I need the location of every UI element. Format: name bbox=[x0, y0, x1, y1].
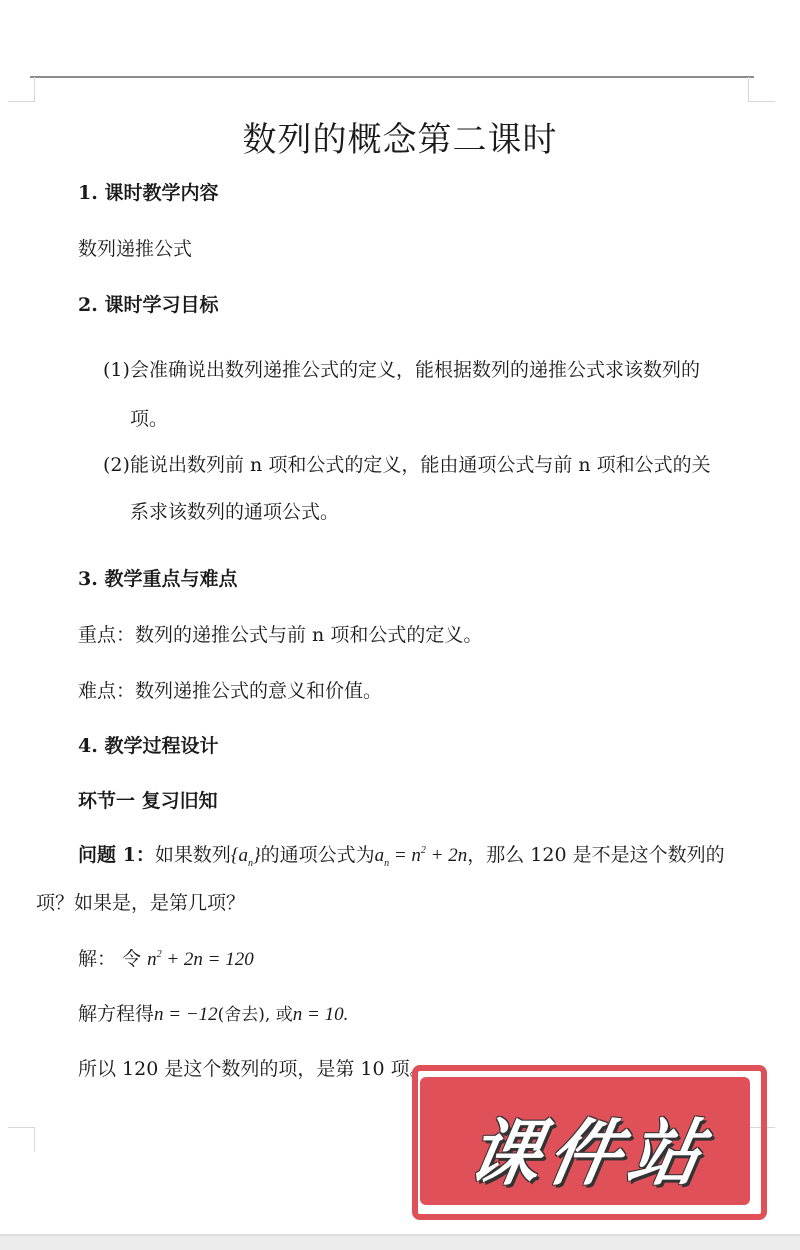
key-point: 重点：数列的递推公式与前 n 项和公式的定义。 bbox=[78, 620, 482, 647]
objective-item-2-continuation: 系求该数列的通项公式。 bbox=[130, 497, 339, 524]
objective-number: (2) bbox=[103, 454, 130, 476]
section-heading-4: 4. 教学过程设计 bbox=[78, 731, 218, 758]
watermark-stamp: 课件站 bbox=[412, 1065, 767, 1220]
sequence-notation: {an} bbox=[231, 845, 261, 866]
objective-number: (1) bbox=[103, 359, 130, 381]
objective-text: 能说出数列前 n 项和公式的定义，能由通项公式与前 n 项和公式的关 bbox=[130, 454, 711, 476]
section-heading-2: 2. 课时学习目标 bbox=[78, 290, 218, 317]
objective-text: 会准确说出数列递推公式的定义，能根据数列的递推公式求该数列的 bbox=[130, 359, 700, 381]
general-term-formula: an = n2 + 2n bbox=[375, 845, 468, 866]
objective-item-1: (1)会准确说出数列递推公式的定义，能根据数列的递推公式求该数列的 bbox=[103, 355, 700, 382]
section-body-1: 数列递推公式 bbox=[78, 234, 192, 261]
page-bottom-bar bbox=[0, 1234, 800, 1250]
problem-text: 的通项公式为 bbox=[261, 844, 375, 866]
section-heading-1: 1. 课时教学内容 bbox=[78, 178, 218, 205]
header-rule bbox=[30, 76, 754, 78]
problem-label: 问题 1： bbox=[78, 844, 155, 866]
crop-mark-bottom-left bbox=[8, 1127, 35, 1152]
solution-line-1: 解： 令 n2 + 2n = 120 bbox=[78, 944, 254, 971]
document-title: 数列的概念第二课时 bbox=[0, 112, 800, 161]
problem-text: 如果数列 bbox=[155, 844, 231, 866]
problem-1: 问题 1：如果数列{an}的通项公式为an = n2 + 2n，那么 120 是… bbox=[78, 840, 725, 869]
difficult-point: 难点：数列递推公式的意义和价值。 bbox=[78, 676, 382, 703]
problem-1-continuation: 项？如果是，是第几项？ bbox=[36, 888, 245, 915]
solution-line-2: 解方程得n = −12(舍去), 或n = 10. bbox=[78, 999, 348, 1026]
crop-mark-top-right bbox=[748, 77, 775, 102]
solution-conclusion: 所以 120 是这个数列的项，是第 10 项。 bbox=[78, 1054, 429, 1081]
crop-mark-top-left bbox=[8, 77, 35, 102]
objective-item-2: (2)能说出数列前 n 项和公式的定义，能由通项公式与前 n 项和公式的关 bbox=[103, 450, 711, 477]
objective-item-1-continuation: 项。 bbox=[130, 404, 168, 431]
section-heading-3: 3. 教学重点与难点 bbox=[78, 564, 237, 591]
problem-text: ，那么 120 是不是这个数列的 bbox=[467, 844, 724, 866]
watermark-text: 课件站 bbox=[421, 1095, 759, 1199]
subsection-heading: 环节一 复习旧知 bbox=[78, 786, 218, 813]
